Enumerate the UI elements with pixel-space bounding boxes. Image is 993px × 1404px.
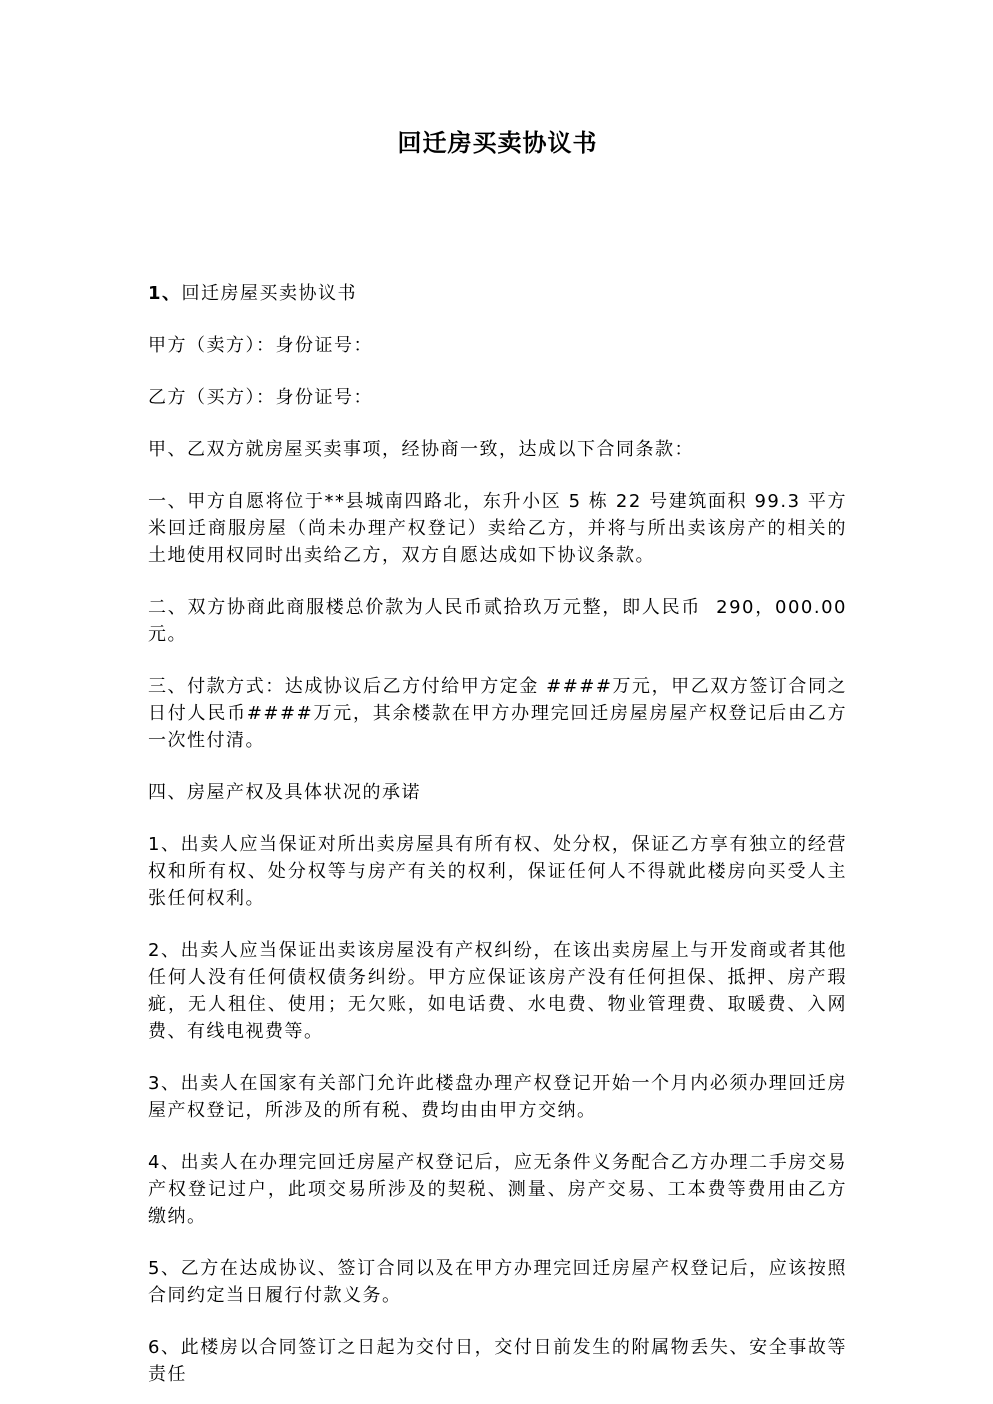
- paragraph-text: 四、房屋产权及具体状况的承诺: [148, 782, 421, 803]
- paragraph-number: 1、: [148, 283, 182, 304]
- contract-paragraph: 三、付款方式：达成协议后乙方付给甲方定金 ####万元，甲乙双方签订合同之日付人…: [148, 673, 847, 754]
- contract-paragraph: 甲、乙双方就房屋买卖事项，经协商一致，达成以下合同条款：: [148, 436, 847, 463]
- contract-paragraph: 4、出卖人在办理完回迁房屋产权登记后，应无条件义务配合乙方办理二手房交易产权登记…: [148, 1149, 847, 1230]
- paragraph-text: 6、此楼房以合同签订之日起为交付日，交付日前发生的附属物丢失、安全事故等责任: [148, 1337, 847, 1385]
- contract-paragraph: 甲方（卖方）：身份证号：: [148, 332, 847, 359]
- contract-paragraph: 一、甲方自愿将位于**县城南四路北，东升小区 5 栋 22 号建筑面积 99.3…: [148, 488, 847, 569]
- paragraph-text: 三、付款方式：达成协议后乙方付给甲方定金 ####万元，甲乙双方签订合同之日付人…: [148, 676, 847, 751]
- contract-paragraph: 6、此楼房以合同签订之日起为交付日，交付日前发生的附属物丢失、安全事故等责任: [148, 1334, 847, 1388]
- contract-paragraph: 二、双方协商此商服楼总价款为人民币贰拾玖万元整，即人民币 290，000.00 …: [148, 594, 847, 648]
- contract-paragraph: 5、乙方在达成协议、签订合同以及在甲方办理完回迁房屋产权登记后，应该按照合同约定…: [148, 1255, 847, 1309]
- paragraph-text: 甲方（卖方）：身份证号：: [148, 335, 373, 356]
- paragraph-text: 乙方（买方）：身份证号：: [148, 387, 373, 408]
- paragraph-text: 甲、乙双方就房屋买卖事项，经协商一致，达成以下合同条款：: [148, 439, 694, 460]
- document-body: 1、回迁房屋买卖协议书 甲方（卖方）：身份证号： 乙方（买方）：身份证号： 甲、…: [148, 160, 847, 1388]
- paragraph-text: 一、甲方自愿将位于**县城南四路北，东升小区 5 栋 22 号建筑面积 99.3…: [148, 491, 847, 566]
- paragraph-text: 二、双方协商此商服楼总价款为人民币贰拾玖万元整，即人民币 290，000.00 …: [148, 597, 854, 645]
- document-title: 回迁房买卖协议书: [148, 126, 847, 160]
- document-page: 回迁房买卖协议书 1、回迁房屋买卖协议书 甲方（卖方）：身份证号： 乙方（买方）…: [0, 0, 993, 1404]
- paragraph-text: 3、出卖人在国家有关部门允许此楼盘办理产权登记开始一个月内必须办理回迁房屋产权登…: [148, 1073, 847, 1121]
- paragraph-text: 回迁房屋买卖协议书: [182, 283, 358, 304]
- paragraph-text: 4、出卖人在办理完回迁房屋产权登记后，应无条件义务配合乙方办理二手房交易产权登记…: [148, 1152, 847, 1227]
- contract-paragraph: 乙方（买方）：身份证号：: [148, 384, 847, 411]
- contract-paragraph: 1、出卖人应当保证对所出卖房屋具有所有权、处分权，保证乙方享有独立的经营权和所有…: [148, 831, 847, 912]
- contract-paragraph: 2、出卖人应当保证出卖该房屋没有产权纠纷，在该出卖房屋上与开发商或者其他任何人没…: [148, 937, 847, 1045]
- paragraph-text: 5、乙方在达成协议、签订合同以及在甲方办理完回迁房屋产权登记后，应该按照合同约定…: [148, 1258, 847, 1306]
- contract-paragraph: 3、出卖人在国家有关部门允许此楼盘办理产权登记开始一个月内必须办理回迁房屋产权登…: [148, 1070, 847, 1124]
- contract-paragraph: 四、房屋产权及具体状况的承诺: [148, 779, 847, 806]
- contract-paragraph: 1、回迁房屋买卖协议书: [148, 280, 847, 307]
- paragraph-text: 2、出卖人应当保证出卖该房屋没有产权纠纷，在该出卖房屋上与开发商或者其他任何人没…: [148, 940, 847, 1042]
- paragraph-text: 1、出卖人应当保证对所出卖房屋具有所有权、处分权，保证乙方享有独立的经营权和所有…: [148, 834, 847, 909]
